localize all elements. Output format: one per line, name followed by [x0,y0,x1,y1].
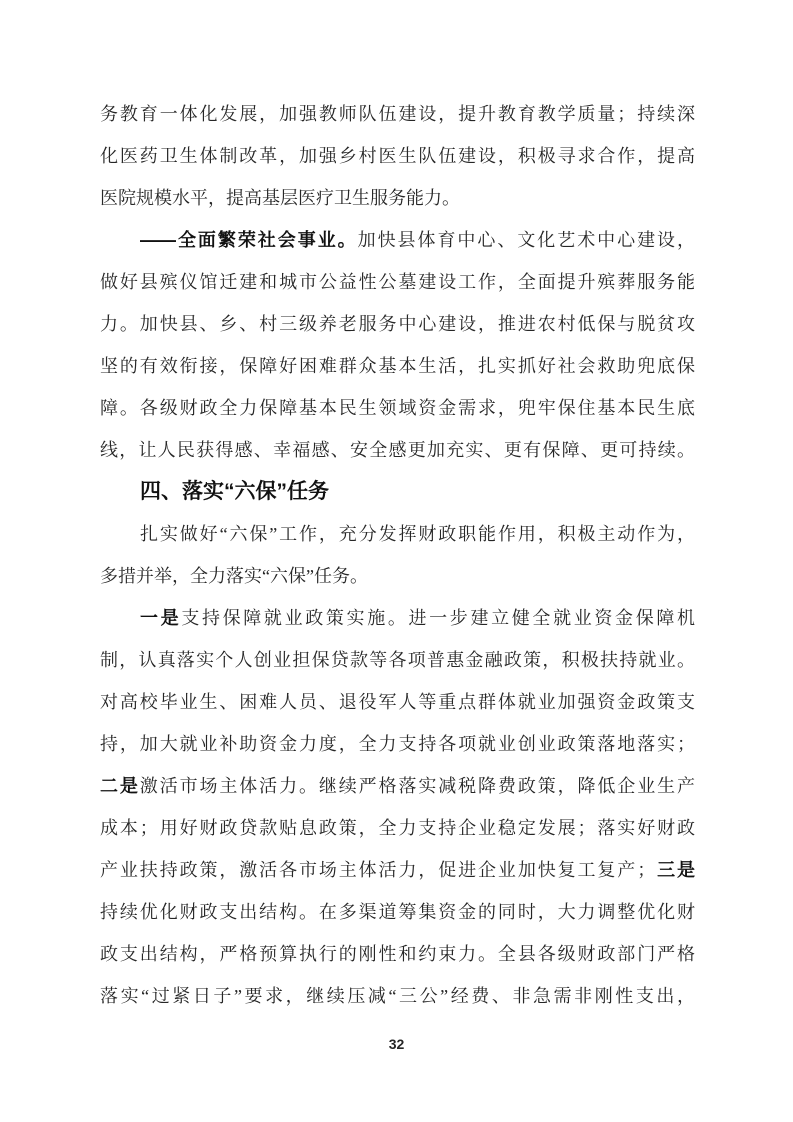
text-line: 一是支持保障就业政策实施。进一步建立健全就业资金保障机 [100,597,695,639]
text-segment: 线，让人民获得感、幸福感、安全感更加充实、更有保障、更可持续。 [100,440,695,460]
text-segment: 政支出结构，严格预算执行的刚性和约束力。全县各级财政部门严格 [100,944,695,964]
text-line: 坚的有效衔接，保障好困难群众基本生活，扎实抓好社会救助兜底保 [100,345,695,387]
text-line: 多措并举，全力落实“六保”任务。 [100,555,695,597]
text-line: 化医药卫生体制改革，加强乡村医生队伍建设，积极寻求合作，提高 [100,135,695,177]
bold-lead-in: 三是 [655,860,695,880]
text-segment: 落实“过紧日子”要求，继续压减“三公”经费、非急需非刚性支出， [100,986,695,1006]
text-segment: 做好县殡仪馆迁建和城市公益性公墓建设工作，全面提升殡葬服务能 [100,272,695,292]
text-segment: 多措并举，全力落实“六保”任务。 [100,566,368,586]
text-line: 产业扶持政策，激活各市场主体活力，促进企业加快复工复产；三是 [100,849,695,891]
text-line: 落实“过紧日子”要求，继续压减“三公”经费、非急需非刚性支出， [100,975,695,1017]
text-segment: 持续优化财政支出结构。在多渠道筹集资金的同时，大力调整优化财 [100,902,695,922]
text-line: 障。各级财政全力保障基本民生领域资金需求，兜牢保住基本民生底 [100,387,695,429]
text-segment: 支持保障就业政策实施。进一步建立健全就业资金保障机 [181,608,695,628]
text-line: 二是激活市场主体活力。继续严格落实减税降费政策，降低企业生产 [100,765,695,807]
bold-lead-in: ——全面繁荣社会事业。 [140,230,358,250]
section-heading-text: 四、落实“六保”任务 [140,480,329,503]
document-page: 务教育一体化发展，加强教师队伍建设，提升教育教学质量；持续深 化医药卫生体制改革… [0,0,793,1122]
text-line: 持续优化财政支出结构。在多渠道筹集资金的同时，大力调整优化财 [100,891,695,933]
section-heading: 四、落实“六保”任务 [100,471,695,513]
text-segment: 对高校毕业生、困难人员、退役军人等重点群体就业加强资金政策支 [100,692,695,712]
text-line: ——全面繁荣社会事业。加快县体育中心、文化艺术中心建设， [100,219,695,261]
page-number: 32 [0,1036,793,1052]
text-segment: 坚的有效衔接，保障好困难群众基本生活，扎实抓好社会救助兜底保 [100,356,695,376]
text-line: 对高校毕业生、困难人员、退役军人等重点群体就业加强资金政策支 [100,681,695,723]
text-segment: 持，加大就业补助资金力度，全力支持各项就业创业政策落地落实； [100,734,695,754]
text-segment: 化医药卫生体制改革，加强乡村医生队伍建设，积极寻求合作，提高 [100,146,695,166]
text-line: 成本；用好财政贷款贴息政策，全力支持企业稳定发展；落实好财政 [100,807,695,849]
text-segment: 务教育一体化发展，加强教师队伍建设，提升教育教学质量；持续深 [100,104,695,124]
document-body-text: 务教育一体化发展，加强教师队伍建设，提升教育教学质量；持续深 化医药卫生体制改革… [100,93,695,1017]
text-segment: 加快县体育中心、文化艺术中心建设， [358,230,695,250]
text-segment: 激活市场主体活力。继续严格落实减税降费政策，降低企业生产 [140,776,695,796]
text-line: 做好县殡仪馆迁建和城市公益性公墓建设工作，全面提升殡葬服务能 [100,261,695,303]
text-segment: 制，认真落实个人创业担保贷款等各项普惠金融政策，积极扶持就业。 [100,650,695,670]
text-segment: 障。各级财政全力保障基本民生领域资金需求，兜牢保住基本民生底 [100,398,695,418]
text-line: 力。加快县、乡、村三级养老服务中心建设，推进农村低保与脱贫攻 [100,303,695,345]
bold-lead-in: 一是 [140,608,181,628]
text-line: 医院规模水平，提高基层医疗卫生服务能力。 [100,177,695,219]
text-segment: 医院规模水平，提高基层医疗卫生服务能力。 [100,188,460,208]
bold-lead-in: 二是 [100,776,140,796]
text-line: 扎实做好“六保”工作，充分发挥财政职能作用，积极主动作为， [100,513,695,555]
text-line: 制，认真落实个人创业担保贷款等各项普惠金融政策，积极扶持就业。 [100,639,695,681]
text-segment: 扎实做好“六保”工作，充分发挥财政职能作用，积极主动作为， [140,524,695,544]
text-line: 线，让人民获得感、幸福感、安全感更加充实、更有保障、更可持续。 [100,429,695,471]
text-line: 政支出结构，严格预算执行的刚性和约束力。全县各级财政部门严格 [100,933,695,975]
text-segment: 成本；用好财政贷款贴息政策，全力支持企业稳定发展；落实好财政 [100,818,695,838]
text-segment: 产业扶持政策，激活各市场主体活力，促进企业加快复工复产； [100,860,655,880]
text-line: 务教育一体化发展，加强教师队伍建设，提升教育教学质量；持续深 [100,93,695,135]
text-segment: 力。加快县、乡、村三级养老服务中心建设，推进农村低保与脱贫攻 [100,314,695,334]
text-line: 持，加大就业补助资金力度，全力支持各项就业创业政策落地落实； [100,723,695,765]
